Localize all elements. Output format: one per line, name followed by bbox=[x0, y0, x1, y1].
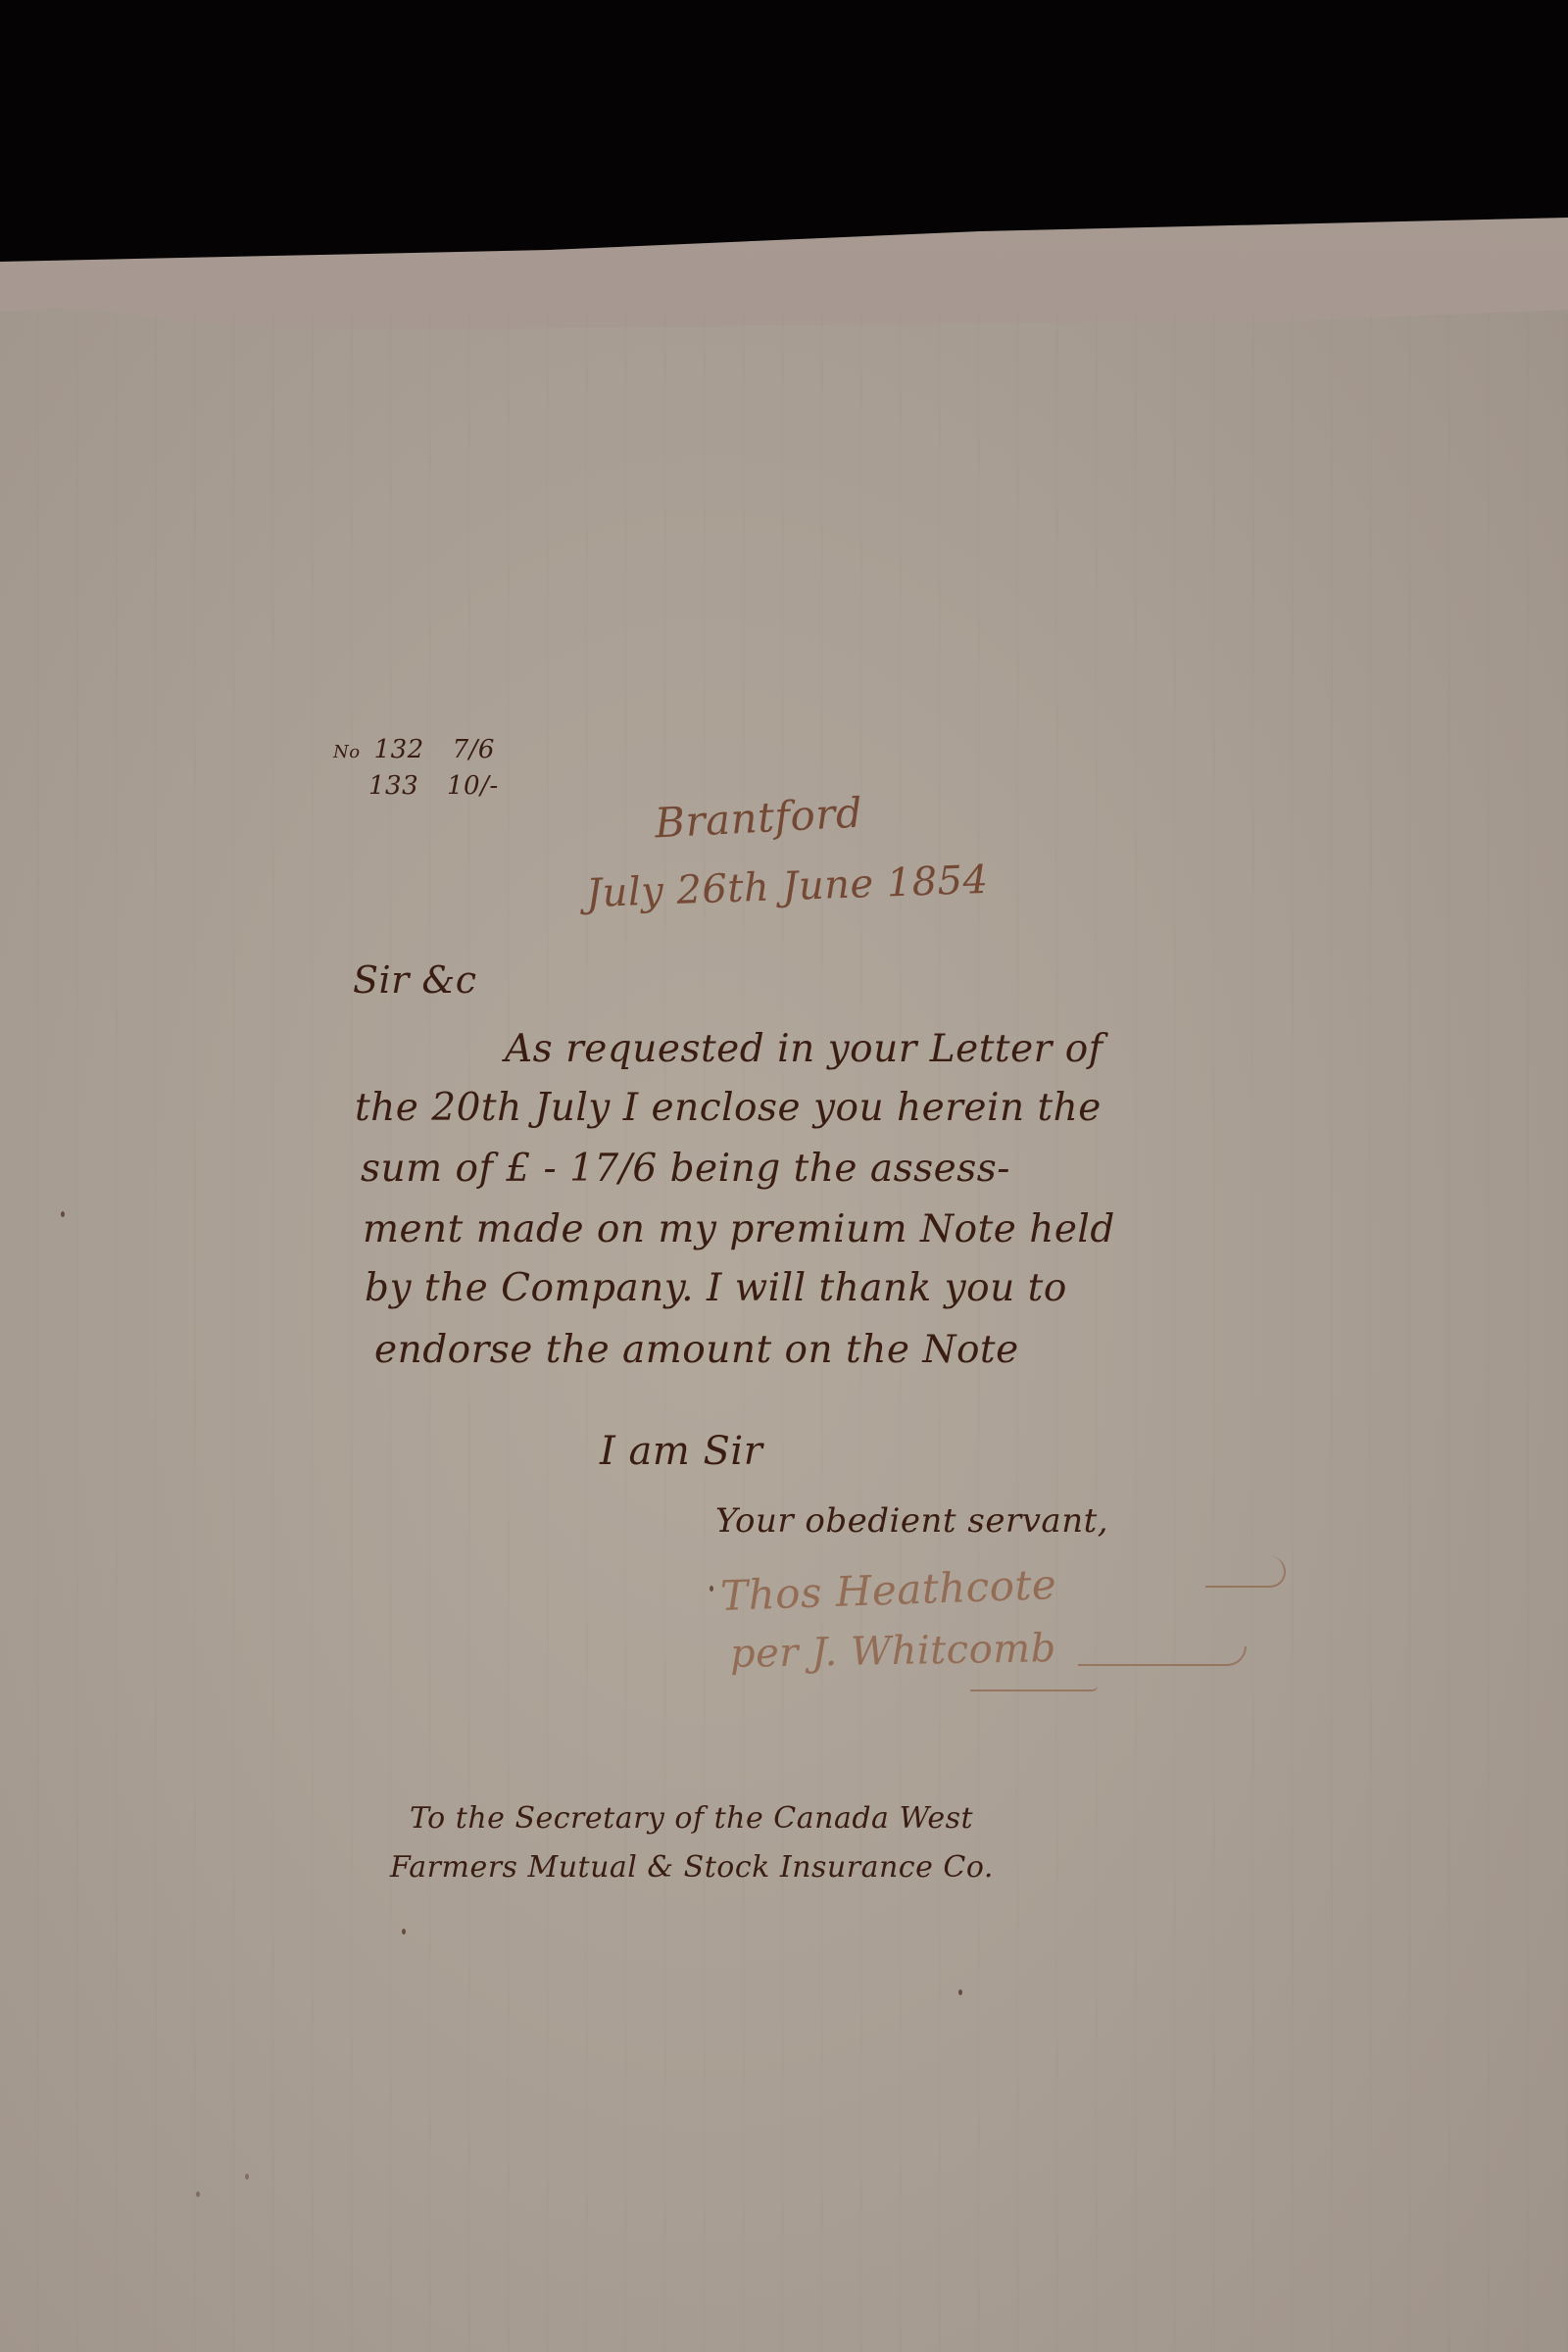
reference-amount: 10/- bbox=[447, 769, 499, 803]
reference-row: 13310/- bbox=[368, 769, 499, 803]
body-line: ment made on my premium Note held bbox=[363, 1207, 1115, 1251]
reference-prefix: No bbox=[333, 736, 361, 769]
ink-speck bbox=[245, 2174, 249, 2180]
signature-flourish bbox=[1205, 1556, 1286, 1588]
signature-line: per J. Whitcomb bbox=[730, 1626, 1056, 1677]
ink-speck bbox=[710, 1586, 713, 1592]
body-line: endorse the amount on the Note bbox=[374, 1328, 1019, 1372]
signature-flourish bbox=[970, 1686, 1098, 1691]
reference-row: No1327/6 bbox=[333, 733, 499, 769]
body-line: As requested in your Letter of bbox=[505, 1027, 1103, 1071]
reference-amount: 7/6 bbox=[453, 733, 495, 766]
addressee-line: Farmers Mutual & Stock Insurance Co. bbox=[390, 1850, 994, 1885]
body-line: by the Company. I will thank you to bbox=[365, 1266, 1067, 1310]
salutation: Sir &c bbox=[353, 958, 477, 1002]
reference-number: 133 bbox=[368, 769, 447, 803]
photograph-scene: No1327/6 13310/- Brantford July 26th Jun… bbox=[0, 0, 1568, 2352]
ink-speck bbox=[402, 1929, 406, 1935]
body-line: sum of £ - 17/6 being the assess- bbox=[361, 1147, 1010, 1191]
reference-number: 132 bbox=[374, 733, 453, 766]
ink-speck bbox=[196, 2191, 200, 2197]
ink-speck bbox=[61, 1211, 65, 1217]
signature-flourish bbox=[1078, 1646, 1247, 1666]
body-line: the 20th July I enclose you herein the bbox=[355, 1086, 1102, 1130]
valediction: Your obedient servant, bbox=[715, 1501, 1108, 1541]
reference-numbers: No1327/6 13310/- bbox=[333, 733, 499, 803]
ink-speck bbox=[958, 1989, 962, 1995]
closing: I am Sir bbox=[600, 1429, 762, 1474]
addressee-line: To the Secretary of the Canada West bbox=[410, 1801, 973, 1836]
